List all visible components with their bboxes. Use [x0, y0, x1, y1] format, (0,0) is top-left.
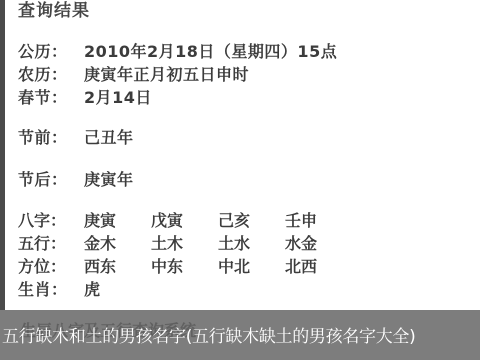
bazi-hour-pillar: 壬申	[285, 208, 352, 231]
lunar-date-label: 农历：	[18, 62, 84, 85]
solar-date-label: 公历：	[18, 39, 84, 62]
lunar-date-value: 庚寅年正月初五日申时	[84, 62, 249, 85]
direction-cell: 西东	[84, 254, 151, 277]
direction-row: 方位： 西东 中东 中北 北西	[18, 254, 352, 277]
after-festival-row: 节后：庚寅年	[18, 167, 134, 190]
result-title: 查询结果	[18, 0, 90, 21]
spring-festival-value: 2月14日	[84, 85, 152, 108]
before-festival-row: 节前：己丑年	[18, 125, 134, 148]
spring-festival-row: 春节：2月14日	[18, 85, 152, 108]
fortune-result-document: 查询结果 公历：2010年2月18日（星期四）15点 农历：庚寅年正月初五日申时…	[0, 0, 480, 360]
after-festival-label: 节后：	[18, 167, 84, 190]
wuxing-cell: 金木	[84, 231, 151, 254]
after-festival-value: 庚寅年	[84, 167, 134, 190]
zodiac-row: 生肖：虎	[18, 277, 101, 300]
image-caption: 五行缺木和土的男孩名字(五行缺木缺土的男孩名字大全)	[2, 322, 415, 347]
wuxing-cell: 水金	[285, 231, 352, 254]
bazi-month-pillar: 戊寅	[151, 208, 218, 231]
direction-cell: 中东	[151, 254, 218, 277]
bazi-label: 八字：	[18, 208, 84, 231]
direction-cell: 北西	[285, 254, 352, 277]
wuxing-row: 五行： 金木 土木 土水 水金	[18, 231, 352, 254]
wuxing-cell: 土木	[151, 231, 218, 254]
zodiac-value: 虎	[84, 277, 101, 300]
direction-cell: 中北	[218, 254, 285, 277]
bazi-year-pillar: 庚寅	[84, 208, 151, 231]
direction-label: 方位：	[18, 254, 84, 277]
before-festival-label: 节前：	[18, 125, 84, 148]
wuxing-label: 五行：	[18, 231, 84, 254]
solar-date-value: 2010年2月18日（星期四）15点	[84, 39, 337, 62]
lunar-date-row: 农历：庚寅年正月初五日申时	[18, 62, 249, 85]
solar-date-row: 公历：2010年2月18日（星期四）15点	[18, 39, 337, 62]
before-festival-value: 己丑年	[84, 125, 134, 148]
zodiac-label: 生肖：	[18, 277, 84, 300]
wuxing-cell: 土水	[218, 231, 285, 254]
bazi-row: 八字： 庚寅 戊寅 己亥 壬申	[18, 208, 352, 231]
spring-festival-label: 春节：	[18, 85, 84, 108]
bazi-day-pillar: 己亥	[218, 208, 285, 231]
